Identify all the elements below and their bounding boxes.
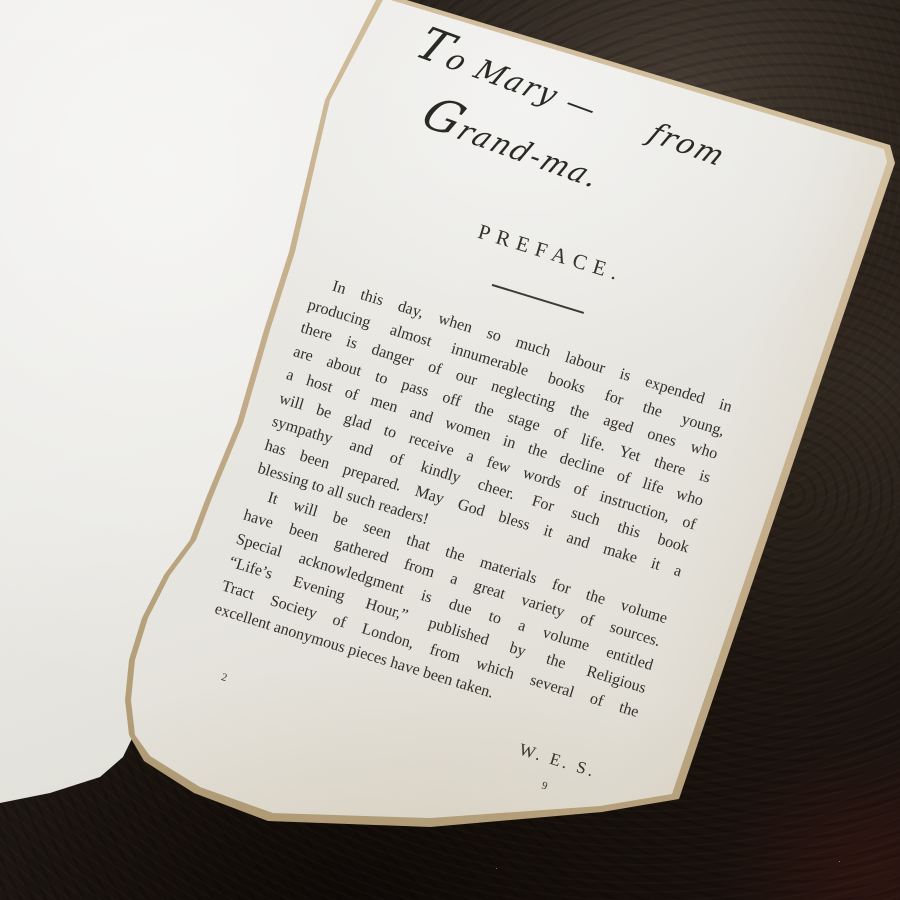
preface-body: In this day, when so much labour is expe… <box>211 270 734 749</box>
book-photo: To Mary —from Grand-ma. PREFACE. In this… <box>0 0 900 900</box>
inscription-gap <box>592 120 647 140</box>
author-initials: W. E. S. <box>450 719 666 802</box>
page-number: 9 <box>540 780 549 793</box>
heading-divider-rule <box>492 284 584 314</box>
signature-mark: 2 <box>220 671 229 684</box>
